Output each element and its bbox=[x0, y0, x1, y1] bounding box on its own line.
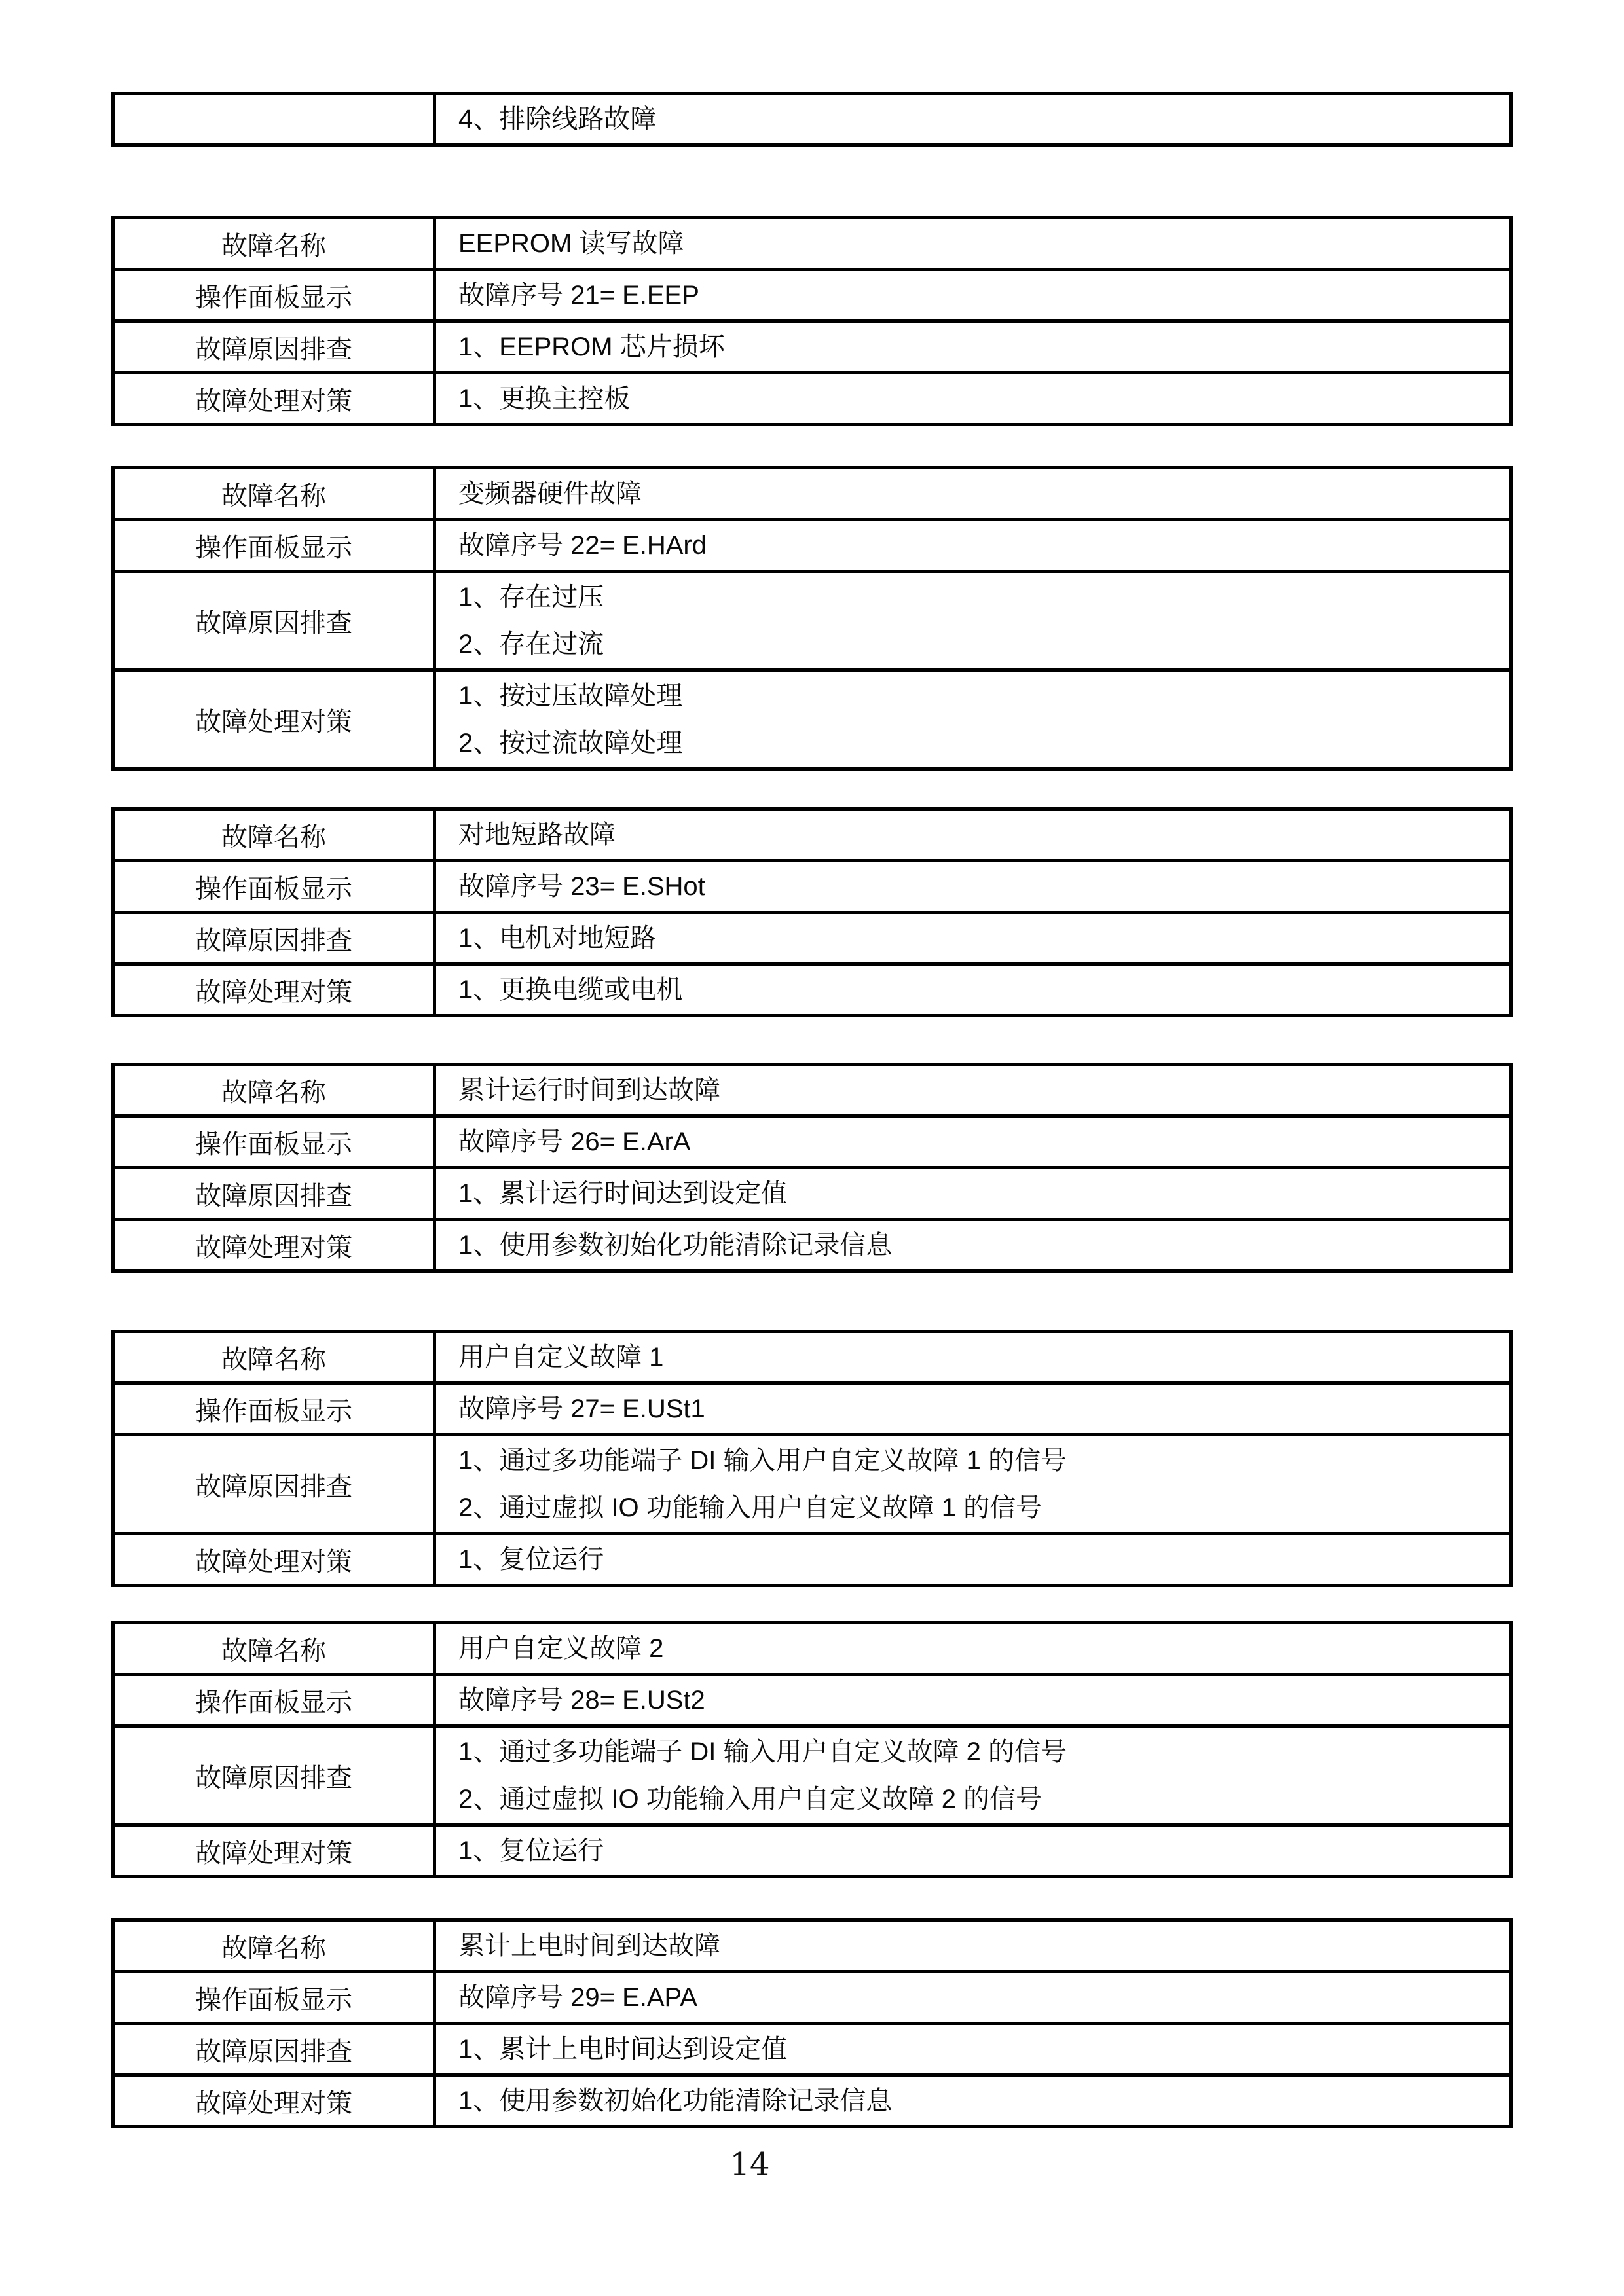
row-value: 1、更换主控板 bbox=[435, 373, 1511, 425]
value-line: 用户自定义故障 2 bbox=[458, 1625, 1509, 1672]
table-row: 故障名称 用户自定义故障 1 bbox=[113, 1332, 1511, 1383]
value-line: 2、通过虚拟 IO 功能输入用户自定义故障 1 的信号 bbox=[458, 1484, 1509, 1531]
table-row: 故障原因排查 1、存在过压 2、存在过流 bbox=[113, 572, 1511, 670]
row-value: 1、复位运行 bbox=[435, 1825, 1511, 1877]
row-label: 故障名称 bbox=[113, 1332, 435, 1383]
row-value: 故障序号 29= E.APA bbox=[435, 1972, 1511, 2024]
table-row: 操作面板显示 故障序号 21= E.EEP bbox=[113, 270, 1511, 321]
table-row: 故障处理对策 1、更换主控板 bbox=[113, 373, 1511, 425]
row-value: 1、通过多功能端子 DI 输入用户自定义故障 2 的信号 2、通过虚拟 IO 功… bbox=[435, 1726, 1511, 1825]
row-value: 1、EEPROM 芯片损坏 bbox=[435, 321, 1511, 373]
table-row: 故障处理对策 1、使用参数初始化功能清除记录信息 bbox=[113, 1220, 1511, 1271]
table-row: 故障原因排查 1、累计上电时间达到设定值 bbox=[113, 2024, 1511, 2075]
value-line: 1、电机对地短路 bbox=[458, 915, 1509, 962]
row-label: 故障名称 bbox=[113, 1623, 435, 1675]
row-value: 用户自定义故障 1 bbox=[435, 1332, 1511, 1383]
table-row: 故障原因排查 1、电机对地短路 bbox=[113, 913, 1511, 964]
row-value: 1、按过压故障处理 2、按过流故障处理 bbox=[435, 670, 1511, 769]
row-value: 1、使用参数初始化功能清除记录信息 bbox=[435, 1220, 1511, 1271]
value-line: 1、累计上电时间达到设定值 bbox=[458, 2026, 1509, 2073]
fault-table-hardware: 故障名称 变频器硬件故障 操作面板显示 故障序号 22= E.HArd 故障原因… bbox=[111, 466, 1513, 771]
row-label: 操作面板显示 bbox=[113, 270, 435, 321]
table-row: 故障名称 变频器硬件故障 bbox=[113, 468, 1511, 520]
table-row: 故障原因排查 1、通过多功能端子 DI 输入用户自定义故障 2 的信号 2、通过… bbox=[113, 1726, 1511, 1825]
table-row: 故障原因排查 1、通过多功能端子 DI 输入用户自定义故障 1 的信号 2、通过… bbox=[113, 1435, 1511, 1534]
value-line: 2、按过流故障处理 bbox=[458, 720, 1509, 767]
row-label: 故障原因排查 bbox=[113, 572, 435, 670]
row-label: 操作面板显示 bbox=[113, 861, 435, 913]
value-line: 1、存在过压 bbox=[458, 574, 1509, 621]
row-value: 1、使用参数初始化功能清除记录信息 bbox=[435, 2075, 1511, 2127]
table-row: 故障处理对策 1、按过压故障处理 2、按过流故障处理 bbox=[113, 670, 1511, 769]
row-label: 故障处理对策 bbox=[113, 1220, 435, 1271]
row-label: 操作面板显示 bbox=[113, 1116, 435, 1168]
value-line: 1、通过多功能端子 DI 输入用户自定义故障 2 的信号 bbox=[458, 1728, 1509, 1776]
row-value: 变频器硬件故障 bbox=[435, 468, 1511, 520]
fault-table-eeprom: 故障名称 EEPROM 读写故障 操作面板显示 故障序号 21= E.EEP 故… bbox=[111, 216, 1513, 426]
row-label: 故障名称 bbox=[113, 1065, 435, 1116]
table-row: 操作面板显示 故障序号 27= E.USt1 bbox=[113, 1383, 1511, 1435]
row-value: 故障序号 28= E.USt2 bbox=[435, 1675, 1511, 1726]
row-label: 故障处理对策 bbox=[113, 964, 435, 1016]
row-label: 操作面板显示 bbox=[113, 1383, 435, 1435]
row-value: 累计运行时间到达故障 bbox=[435, 1065, 1511, 1116]
table-row: 故障名称 用户自定义故障 2 bbox=[113, 1623, 1511, 1675]
value-line: 故障序号 23= E.SHot bbox=[458, 863, 1509, 910]
table-row: 故障名称 累计运行时间到达故障 bbox=[113, 1065, 1511, 1116]
row-value: 故障序号 23= E.SHot bbox=[435, 861, 1511, 913]
fault-table-user-defined-1: 故障名称 用户自定义故障 1 操作面板显示 故障序号 27= E.USt1 故障… bbox=[111, 1330, 1513, 1587]
row-value: 1、累计运行时间达到设定值 bbox=[435, 1168, 1511, 1220]
row-label: 故障处理对策 bbox=[113, 1534, 435, 1586]
table-row: 故障名称 EEPROM 读写故障 bbox=[113, 218, 1511, 270]
fault-table-power-on-time: 故障名称 累计上电时间到达故障 操作面板显示 故障序号 29= E.APA 故障… bbox=[111, 1918, 1513, 2128]
value-line: 对地短路故障 bbox=[458, 811, 1509, 858]
row-value: 4、排除线路故障 bbox=[435, 94, 1511, 145]
fault-table-continuation: 4、排除线路故障 bbox=[111, 92, 1513, 147]
row-label: 故障名称 bbox=[113, 809, 435, 861]
row-label: 故障原因排查 bbox=[113, 1435, 435, 1534]
row-label: 故障名称 bbox=[113, 1920, 435, 1972]
manual-page: 4、排除线路故障 故障名称 EEPROM 读写故障 操作面板显示 故障序号 21… bbox=[0, 0, 1624, 2296]
row-label: 故障处理对策 bbox=[113, 670, 435, 769]
row-label: 操作面板显示 bbox=[113, 1675, 435, 1726]
value-line: 2、通过虚拟 IO 功能输入用户自定义故障 2 的信号 bbox=[458, 1776, 1509, 1823]
value-line: 故障序号 22= E.HArd bbox=[458, 522, 1509, 569]
value-line: 1、累计运行时间达到设定值 bbox=[458, 1170, 1509, 1217]
row-label: 故障处理对策 bbox=[113, 1825, 435, 1877]
row-value: 1、通过多功能端子 DI 输入用户自定义故障 1 的信号 2、通过虚拟 IO 功… bbox=[435, 1435, 1511, 1534]
table-row: 故障处理对策 1、更换电缆或电机 bbox=[113, 964, 1511, 1016]
table-row: 操作面板显示 故障序号 28= E.USt2 bbox=[113, 1675, 1511, 1726]
value-line: 2、存在过流 bbox=[458, 621, 1509, 668]
value-line: 1、使用参数初始化功能清除记录信息 bbox=[458, 1222, 1509, 1269]
table-row: 故障原因排查 1、累计运行时间达到设定值 bbox=[113, 1168, 1511, 1220]
value-line: 累计上电时间到达故障 bbox=[458, 1922, 1509, 1969]
row-value: EEPROM 读写故障 bbox=[435, 218, 1511, 270]
table-row: 操作面板显示 故障序号 26= E.ArA bbox=[113, 1116, 1511, 1168]
row-value: 1、累计上电时间达到设定值 bbox=[435, 2024, 1511, 2075]
row-label: 故障原因排查 bbox=[113, 2024, 435, 2075]
table-row: 故障处理对策 1、复位运行 bbox=[113, 1534, 1511, 1586]
table-row: 4、排除线路故障 bbox=[113, 94, 1511, 145]
row-label: 故障原因排查 bbox=[113, 1726, 435, 1825]
row-label: 故障处理对策 bbox=[113, 373, 435, 425]
row-value: 1、复位运行 bbox=[435, 1534, 1511, 1586]
value-line: 1、通过多功能端子 DI 输入用户自定义故障 1 的信号 bbox=[458, 1437, 1509, 1484]
row-label: 故障处理对策 bbox=[113, 2075, 435, 2127]
row-label: 故障原因排查 bbox=[113, 1168, 435, 1220]
fault-table-short-to-ground: 故障名称 对地短路故障 操作面板显示 故障序号 23= E.SHot 故障原因排… bbox=[111, 807, 1513, 1017]
row-value: 累计上电时间到达故障 bbox=[435, 1920, 1511, 1972]
row-label: 故障名称 bbox=[113, 218, 435, 270]
row-value: 故障序号 22= E.HArd bbox=[435, 520, 1511, 572]
table-row: 故障原因排查 1、EEPROM 芯片损坏 bbox=[113, 321, 1511, 373]
row-value: 1、电机对地短路 bbox=[435, 913, 1511, 964]
value-line: 故障序号 29= E.APA bbox=[458, 1974, 1509, 2021]
value-line: 1、更换电缆或电机 bbox=[458, 966, 1509, 1013]
row-value: 1、存在过压 2、存在过流 bbox=[435, 572, 1511, 670]
table-row: 故障名称 对地短路故障 bbox=[113, 809, 1511, 861]
value-line: 故障序号 27= E.USt1 bbox=[458, 1385, 1509, 1432]
value-line: 1、复位运行 bbox=[458, 1827, 1509, 1874]
fault-table-user-defined-2: 故障名称 用户自定义故障 2 操作面板显示 故障序号 28= E.USt2 故障… bbox=[111, 1621, 1513, 1878]
value-line: 1、按过压故障处理 bbox=[458, 672, 1509, 720]
row-value: 对地短路故障 bbox=[435, 809, 1511, 861]
row-label: 操作面板显示 bbox=[113, 1972, 435, 2024]
row-value: 故障序号 26= E.ArA bbox=[435, 1116, 1511, 1168]
table-row: 操作面板显示 故障序号 29= E.APA bbox=[113, 1972, 1511, 2024]
row-value: 用户自定义故障 2 bbox=[435, 1623, 1511, 1675]
fault-table-running-time: 故障名称 累计运行时间到达故障 操作面板显示 故障序号 26= E.ArA 故障… bbox=[111, 1063, 1513, 1273]
value-line: 故障序号 28= E.USt2 bbox=[458, 1677, 1509, 1724]
value-line: EEPROM 读写故障 bbox=[458, 220, 1509, 267]
row-label: 故障名称 bbox=[113, 468, 435, 520]
value-line: 故障序号 26= E.ArA bbox=[458, 1118, 1509, 1165]
value-line: 4、排除线路故障 bbox=[458, 96, 1509, 143]
table-row: 操作面板显示 故障序号 22= E.HArd bbox=[113, 520, 1511, 572]
table-row: 故障处理对策 1、使用参数初始化功能清除记录信息 bbox=[113, 2075, 1511, 2127]
value-line: 变频器硬件故障 bbox=[458, 470, 1509, 517]
row-label: 操作面板显示 bbox=[113, 520, 435, 572]
row-label-empty bbox=[113, 94, 435, 145]
value-line: 1、使用参数初始化功能清除记录信息 bbox=[458, 2077, 1509, 2124]
table-row: 故障名称 累计上电时间到达故障 bbox=[113, 1920, 1511, 1972]
row-value: 1、更换电缆或电机 bbox=[435, 964, 1511, 1016]
value-line: 1、更换主控板 bbox=[458, 375, 1509, 422]
row-label: 故障原因排查 bbox=[113, 321, 435, 373]
row-label: 故障原因排查 bbox=[113, 913, 435, 964]
value-line: 1、复位运行 bbox=[458, 1536, 1509, 1583]
page-number: 14 bbox=[707, 2146, 792, 2183]
row-value: 故障序号 27= E.USt1 bbox=[435, 1383, 1511, 1435]
value-line: 用户自定义故障 1 bbox=[458, 1334, 1509, 1381]
row-value: 故障序号 21= E.EEP bbox=[435, 270, 1511, 321]
table-row: 操作面板显示 故障序号 23= E.SHot bbox=[113, 861, 1511, 913]
value-line: 1、EEPROM 芯片损坏 bbox=[458, 323, 1509, 371]
value-line: 累计运行时间到达故障 bbox=[458, 1066, 1509, 1114]
value-line: 故障序号 21= E.EEP bbox=[458, 272, 1509, 319]
table-row: 故障处理对策 1、复位运行 bbox=[113, 1825, 1511, 1877]
